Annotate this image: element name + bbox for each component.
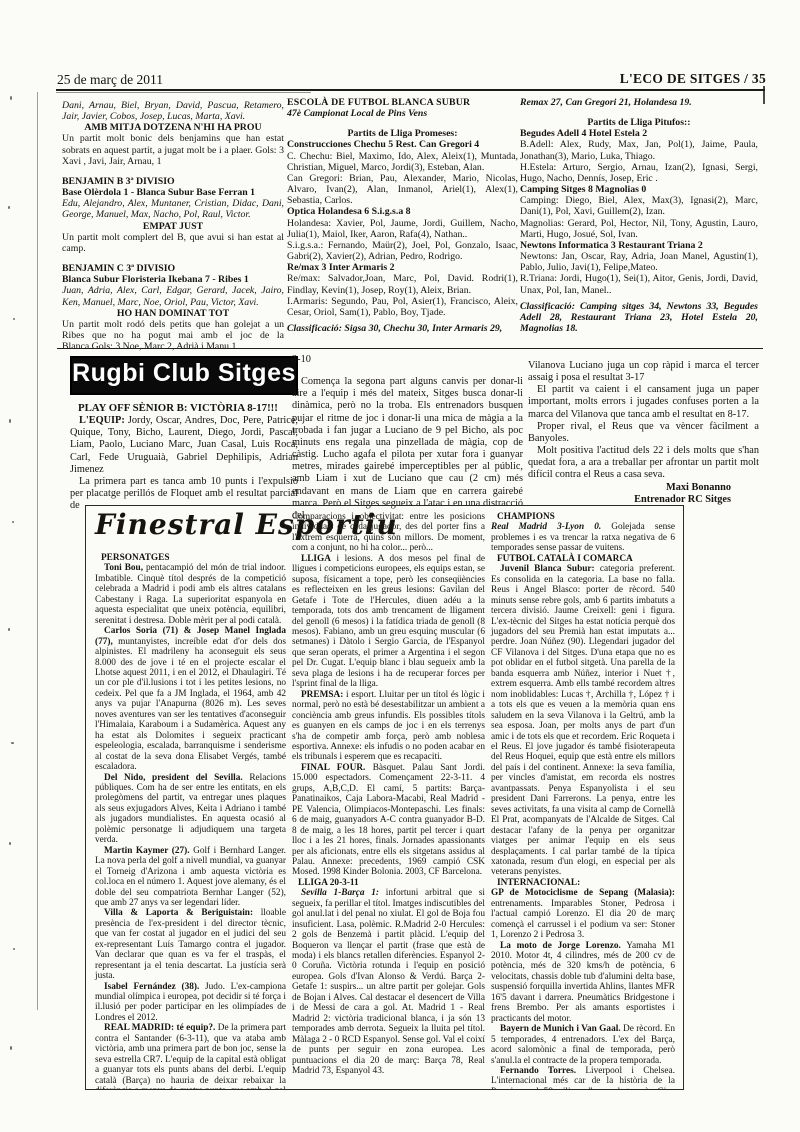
article-paragraph: Toni Bou, pentacampió del món de trial i… bbox=[95, 563, 286, 626]
page-fold-line bbox=[37, 92, 38, 1010]
match-result: Re/max 3 Inter Armaris 2 bbox=[287, 262, 518, 273]
column-heading: LLIGA 20-3-11 bbox=[292, 878, 485, 888]
lineup: I.Armaris: Segundo, Pau, Pol, Asier(1), … bbox=[287, 296, 518, 318]
section-heading: BENJAMIN C 3ª DIVISIO bbox=[62, 263, 284, 274]
rugbi-squad: L'EQUIP: Jordy, Oscar, Andres, Doc, Pere… bbox=[70, 415, 298, 476]
article-paragraph: GP de Motociclisme de Sepang (Malasia): … bbox=[491, 888, 675, 940]
finestral-esportiu-box: Finestral Esportiu PERSONATGES Toni Bou,… bbox=[85, 505, 684, 1090]
section-heading: BENJAMIN B 3ª DIVISIO bbox=[62, 176, 284, 187]
pitufos-column: Remax 27, Can Gregori 21, Holandesa 19. … bbox=[520, 97, 758, 334]
article-title: ESCOLÀ DE FUTBOL BLANCA SUBUR bbox=[287, 97, 518, 108]
paragraph-lead: Del Nido, president del Sevilla. bbox=[104, 773, 243, 783]
paragraph-lead: Toni Bou, bbox=[104, 563, 143, 573]
article-paragraph: PREMSA: i esport. Lluitar per un títol é… bbox=[292, 690, 485, 763]
rugbi-club-banner: Rugbi Club Sitges bbox=[70, 356, 298, 395]
lineup: C. Chechu: Biel, Maximo, Ido, Alex, Alei… bbox=[287, 151, 518, 173]
article-paragraph: LLIGA i lesions. A dos mesos pel final d… bbox=[292, 554, 485, 690]
spacer bbox=[62, 254, 284, 263]
standings: Classificació: Camping sitges 34, Newton… bbox=[520, 301, 758, 334]
scan-speckle bbox=[9, 419, 11, 423]
scan-speckle bbox=[13, 948, 15, 950]
escola-futbol-column: ESCOLÀ DE FUTBOL BLANCA SUBUR 47è Campio… bbox=[287, 97, 518, 334]
lineup: Newtons: Jan, Oscar, Ray, Adria, Joan Ma… bbox=[520, 251, 758, 273]
player-list: Edu, Alejandro, Alex, Muntaner, Cristian… bbox=[62, 198, 284, 220]
match-result: Base Olèrdola 1 - Blanca Subur Base Ferr… bbox=[62, 187, 284, 198]
rugbi-column-1: Rugbi Club Sitges PLAY OFF SÈNIOR B: VIC… bbox=[70, 356, 298, 512]
paragraph-lead: REAL MADRID: té equip?. bbox=[104, 1023, 215, 1033]
header-rule-secondary bbox=[56, 92, 311, 93]
finestral-column-2: Comparacions i objectivitat: entre les p… bbox=[292, 512, 485, 1076]
benjamins-column: Dani, Arnau, Biel, Bryan, David, Pascua,… bbox=[62, 100, 284, 352]
lineup: Can Gregori: Brian, Pau, Alexander, Mari… bbox=[287, 173, 518, 206]
article-paragraph: Bayern de Munich i Van Gaal. De rècord. … bbox=[491, 1024, 675, 1066]
rugbi-headline: PLAY OFF SÈNIOR B: VICTÒRIA 8-17!!! bbox=[70, 402, 298, 414]
squad-label: L'EQUIP: bbox=[79, 415, 125, 426]
column-heading: CHAMPIONS bbox=[491, 512, 675, 522]
column-heading: FUTBOL CATALÀ I COMARCA bbox=[491, 554, 675, 564]
masthead: L'ECO DE SITGES / 35 bbox=[620, 71, 766, 87]
standings: Classificació: Sigsa 30, Chechu 30, Inte… bbox=[287, 323, 518, 334]
lineup: S.i.g.s.a.: Fernando, Maür(2), Joel, Pol… bbox=[287, 240, 518, 262]
scan-speckle bbox=[11, 742, 14, 744]
article-paragraph: Martin Kaymer (27). Golf i Bernhard Lang… bbox=[95, 846, 286, 909]
paragraph-lead: Sevilla 1-Barça 1: bbox=[301, 888, 379, 898]
article-paragraph: Fernando Torres. Liverpool i Chelsea. L'… bbox=[491, 1066, 675, 1090]
player-list: Juan, Adria, Alex, Carl, Edgar, Gerard, … bbox=[62, 285, 284, 307]
article-paragraph: Villa & Laporta & Beriguistain: lloable … bbox=[95, 908, 286, 981]
standings-label: Classificació: bbox=[287, 323, 342, 334]
lineup: Camping: Diego, Biel, Alex, Max(3), Igna… bbox=[520, 195, 758, 217]
section-divider-rule bbox=[57, 348, 763, 349]
article-heading: EMPAT JUST bbox=[62, 221, 284, 232]
article-paragraph: Carlos Soria (71) & Josep Manel Inglada … bbox=[95, 626, 286, 772]
finestral-column-1: PERSONATGES Toni Bou, pentacampió del mó… bbox=[95, 553, 286, 1090]
standings-continued: Remax 27, Can Gregori 21, Holandesa 19. bbox=[520, 97, 758, 108]
match-result: Construcciones Chechu 5 Rest. Can Gregor… bbox=[287, 139, 518, 150]
spacer bbox=[287, 119, 518, 128]
scan-speckle bbox=[12, 521, 14, 523]
partial-score: 3-10 bbox=[292, 354, 523, 366]
rugbi-column-2: 3-10 Comença la segona part alguns canvi… bbox=[292, 354, 523, 522]
article-paragraph: FINAL FOUR. Bàsquet. Palau Sant Jordi. 1… bbox=[292, 763, 485, 878]
page-date: 25 de març de 2011 bbox=[57, 72, 163, 88]
finestral-column-3: CHAMPIONS Real Madrid 3-Lyon 0. Golejada… bbox=[491, 512, 675, 1090]
scan-speckle bbox=[10, 1046, 12, 1050]
lineup: Holandesa: Xavier, Pol, Jaume, Jordi, Gu… bbox=[287, 218, 518, 240]
paragraph-lead: Bayern de Munich i Van Gaal. bbox=[500, 1024, 621, 1034]
lineup: Magnolias: Gerard, Pol, Hector, Nil, Ton… bbox=[520, 218, 758, 240]
match-report: Sevilla 1-Barça 1: infortuni arbitral qu… bbox=[292, 888, 485, 1076]
signature-name: Maxi Bonanno bbox=[528, 482, 759, 494]
league-heading: Partits de Lliga Pitufos:: bbox=[520, 117, 758, 128]
column-heading: INTERNACIONAL: bbox=[491, 878, 675, 888]
column-heading: PERSONATGES bbox=[95, 553, 286, 563]
header-rule bbox=[56, 89, 765, 91]
match-result: Begudes Adell 4 Hotel Estela 2 bbox=[520, 128, 758, 139]
article-subtitle: 47è Campionat Local de Pins Vens bbox=[287, 108, 518, 119]
article-paragraph: Isabel Fernández (38). Judo. L'ex-campio… bbox=[95, 982, 286, 1024]
article-paragraph: Proper rival, el Reus que va vèncer fàci… bbox=[528, 421, 759, 445]
article-paragraph: Vilanova Luciano juga un cop ràpid i mar… bbox=[528, 360, 759, 384]
article-heading: HO HAN DOMINAT TOT bbox=[62, 308, 284, 319]
spacer bbox=[62, 167, 284, 176]
article-paragraph: Comença la segona part alguns canvis per… bbox=[292, 376, 523, 522]
league-heading: Partits de Lliga Promeses: bbox=[287, 128, 518, 139]
scan-speckle bbox=[8, 206, 10, 209]
match-result: Blanca Subur Floristeria Ikebana 7 - Rib… bbox=[62, 274, 284, 285]
paragraph-lead: PREMSA: bbox=[301, 690, 343, 700]
article-paragraph: Juvenil Blanca Subur: categoria preferen… bbox=[491, 564, 675, 878]
match-result: Newtons Informatica 3 Restaurant Triana … bbox=[520, 240, 758, 251]
article-paragraph: Comparacions i objectivitat: entre les p… bbox=[292, 512, 485, 554]
paragraph-lead: GP de Motociclisme de Sepang (Malasia): bbox=[491, 888, 675, 898]
article-paragraph: Real Madrid 3-Lyon 0. Golejada sense pro… bbox=[491, 522, 675, 553]
paragraph-lead: Real Madrid 3-Lyon 0. bbox=[491, 522, 601, 532]
article-heading: AMB MITJA DOTZENA N'HI HA PROU bbox=[62, 122, 284, 133]
paragraph-lead: Villa & Laporta & Beriguistain: bbox=[104, 908, 253, 918]
scan-speckle bbox=[9, 842, 11, 845]
match-result: Optica Holandesa 6 S.i.g.s.a 8 bbox=[287, 206, 518, 217]
article-paragraph: El partit va caient i el cansament juga … bbox=[528, 384, 759, 420]
paragraph-lead: FINAL FOUR. bbox=[301, 763, 365, 773]
match-result: Camping Sitges 8 Magnolias 0 bbox=[520, 184, 758, 195]
standings-label: Classificació: bbox=[520, 301, 575, 312]
paragraph-lead: Martin Kaymer (27). bbox=[104, 846, 190, 856]
scan-speckle bbox=[13, 318, 15, 320]
paragraph-lead: LLIGA bbox=[301, 554, 331, 564]
paragraph-lead: La moto de Jorge Lorenzo. bbox=[500, 941, 621, 951]
rugbi-column-3: Vilanova Luciano juga un cop ràpid i mar… bbox=[528, 360, 759, 506]
player-list: Dani, Arnau, Biel, Bryan, David, Pascua,… bbox=[62, 100, 284, 122]
scan-speckle bbox=[8, 628, 10, 631]
lineup: Re/max: Salvador,Joan, Marc, Pol, David.… bbox=[287, 273, 518, 295]
article-paragraph: REAL MADRID: té equip?. De la primera pa… bbox=[95, 1023, 286, 1090]
paragraph-lead: Isabel Fernández (38). bbox=[104, 982, 199, 992]
spacer bbox=[520, 108, 758, 117]
lineup: R.Triana: Jordi, Hugo(1), Sei(1), Aitor,… bbox=[520, 273, 758, 295]
paragraph-lead: Juvenil Blanca Subur: bbox=[500, 564, 595, 574]
article-paragraph: Del Nido, president del Sevilla. Relacio… bbox=[95, 773, 286, 846]
lineup: B.Adell: Alex, Rudy, Max, Jan, Pol(1), J… bbox=[520, 139, 758, 161]
lineup: H.Estela: Arturo, Sergio, Arnau, Izan(2)… bbox=[520, 162, 758, 184]
scan-speckle bbox=[10, 96, 12, 100]
article-paragraph: Un partit molt bonic dels benjamins que … bbox=[62, 133, 284, 166]
article-paragraph: La moto de Jorge Lorenzo. Yamaha M1 2010… bbox=[491, 941, 675, 1025]
paragraph-lead: Fernando Torres. bbox=[500, 1066, 576, 1076]
article-paragraph: Molt positiva l'actitud dels 22 i dels m… bbox=[528, 445, 759, 481]
article-paragraph: Un partit molt complert del B, que avui … bbox=[62, 232, 284, 254]
